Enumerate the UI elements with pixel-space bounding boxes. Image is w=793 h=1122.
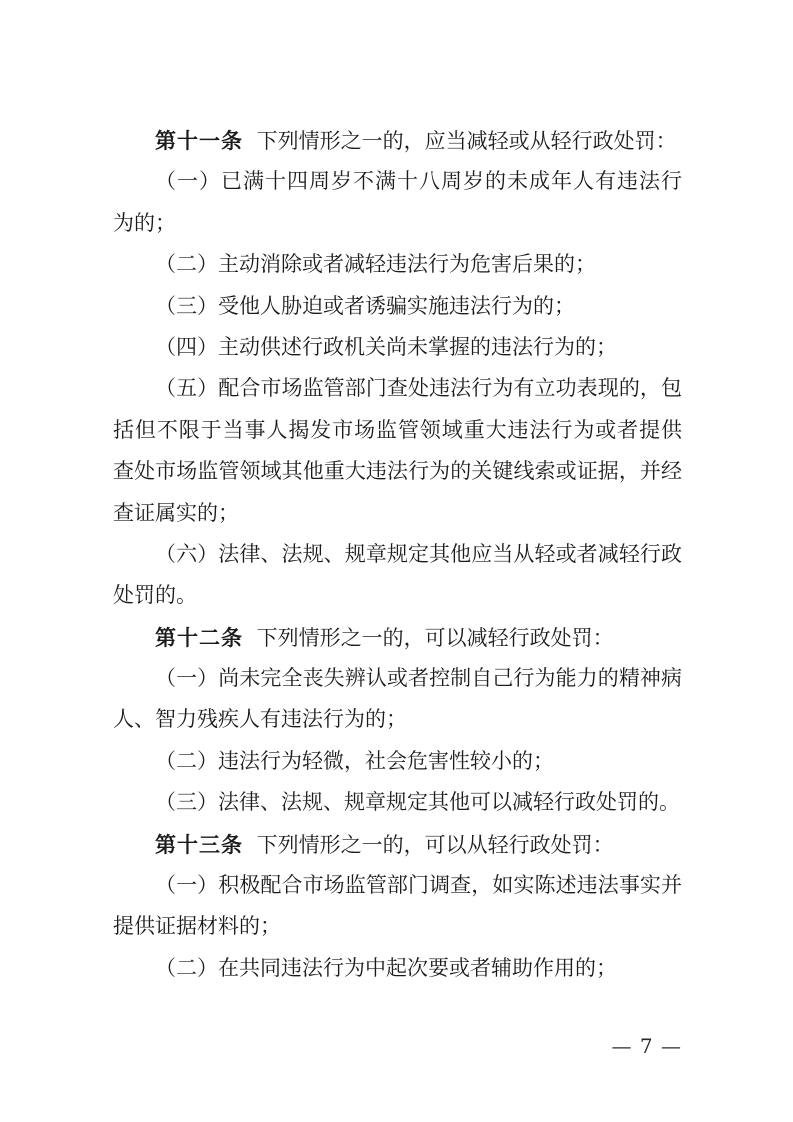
article-11-item-1-line-1: （一）已满十四周岁不满十八周岁的未成年人有违法行 <box>113 161 682 202</box>
document-body: 第十一条下列情形之一的，应当减轻或从轻行政处罚： （一）已满十四周岁不满十八周岁… <box>113 120 682 989</box>
article-13-number: 第十三条 <box>155 832 243 857</box>
article-12-heading-text: 下列情形之一的，可以减轻行政处罚： <box>257 626 614 650</box>
article-12-heading-line: 第十二条下列情形之一的，可以减轻行政处罚： <box>113 617 682 658</box>
document-page: 第十一条下列情形之一的，应当减轻或从轻行政处罚： （一）已满十四周岁不满十八周岁… <box>0 0 793 1122</box>
page-number: — 7 — <box>113 1032 682 1060</box>
article-12-number: 第十二条 <box>155 625 243 650</box>
article-11-heading-line: 第十一条下列情形之一的，应当减轻或从轻行政处罚： <box>113 120 682 161</box>
article-11-item-3: （三）受他人胁迫或者诱骗实施违法行为的； <box>113 286 682 327</box>
article-12-item-1-line-2: 人、智力残疾人有违法行为的； <box>113 699 682 740</box>
article-11-item-4: （四）主动供述行政机关尚未掌握的违法行为的； <box>113 327 682 368</box>
article-12-item-3: （三）法律、法规、规章规定其他可以减轻行政处罚的。 <box>113 782 682 823</box>
article-11-item-5-line-1: （五）配合市场监管部门查处违法行为有立功表现的，包 <box>113 368 682 409</box>
article-11-item-5-line-4: 查证属实的； <box>113 493 682 534</box>
article-11-item-6-line-1: （六）法律、法规、规章规定其他应当从轻或者减轻行政 <box>113 534 682 575</box>
article-13-item-2: （二）在共同违法行为中起次要或者辅助作用的； <box>113 948 682 989</box>
article-11-item-6-line-2: 处罚的。 <box>113 575 682 616</box>
article-11-item-5-line-3: 查处市场监管领域其他重大违法行为的关键线索或证据，并经 <box>113 451 682 492</box>
article-12-item-2: （二）违法行为轻微，社会危害性较小的； <box>113 741 682 782</box>
article-11-number: 第十一条 <box>155 128 243 153</box>
article-11-heading-text: 下列情形之一的，应当减轻或从轻行政处罚： <box>257 129 677 153</box>
article-13-heading-line: 第十三条下列情形之一的，可以从轻行政处罚： <box>113 824 682 865</box>
article-11-item-5-line-2: 括但不限于当事人揭发市场监管领域重大违法行为或者提供 <box>113 410 682 451</box>
article-12-item-1-line-1: （一）尚未完全丧失辨认或者控制自己行为能力的精神病 <box>113 658 682 699</box>
article-13-heading-text: 下列情形之一的，可以从轻行政处罚： <box>257 833 614 857</box>
article-11-item-1-line-2: 为的； <box>113 203 682 244</box>
article-13-item-1-line-2: 提供证据材料的； <box>113 906 682 947</box>
article-13-item-1-line-1: （一）积极配合市场监管部门调查，如实陈述违法事实并 <box>113 865 682 906</box>
article-11-item-2: （二）主动消除或者减轻违法行为危害后果的； <box>113 244 682 285</box>
